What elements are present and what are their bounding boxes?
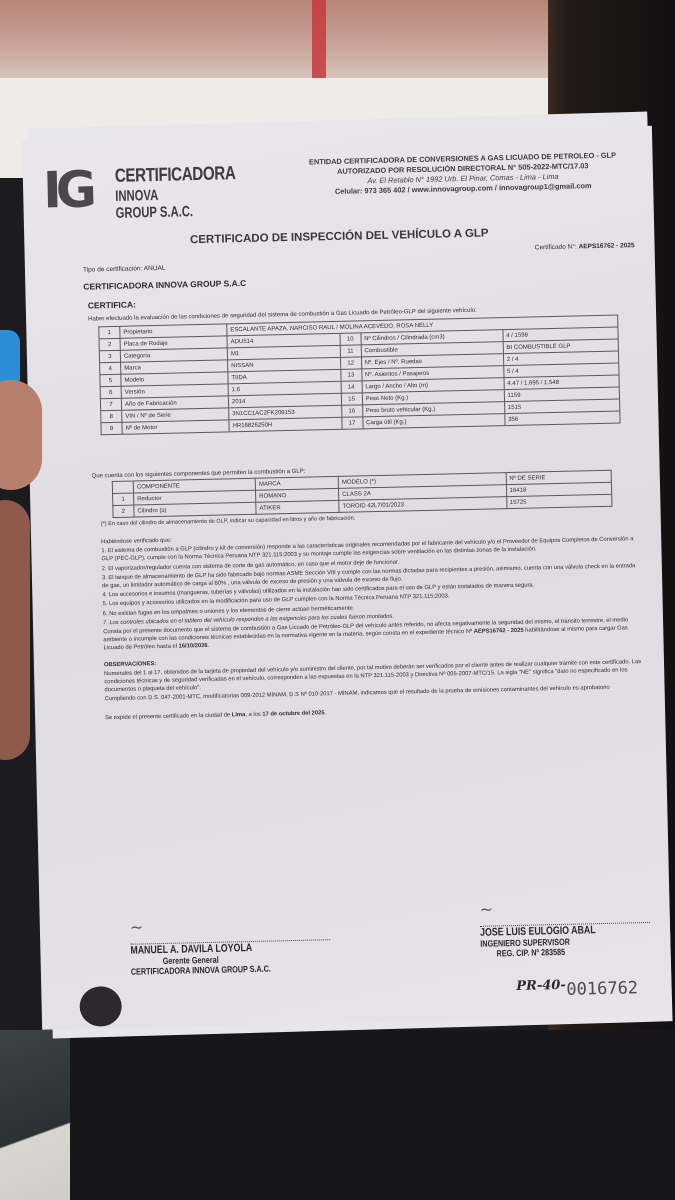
issued-text: , a los [245,711,262,717]
issued-text: Se expide el presente certificado en la … [105,712,232,721]
document-header: IG CERTIFICADORA INNOVA GROUP S.A.C. ENT… [42,146,643,230]
table-cell: TOROID 42L7/01/2023 [339,497,507,513]
certificate-document: IG CERTIFICADORA INNOVA GROUP S.A.C. ENT… [22,126,672,1030]
verification-body: Habiéndose verificado que: 1. El sistema… [101,526,645,723]
table-cell: 9 [101,422,122,434]
vehicle-table: 1 Propietario ESCALANTE APAZA, NARCISO R… [98,315,620,436]
company-logo: IG CERTIFICADORA INNOVA GROUP S.A.C. [42,155,223,219]
certificate-number-label: Certificado N°: [535,243,577,251]
table-cell: 1 [113,493,134,505]
table-cell: 7 [100,398,121,410]
statement-date: 16/10/2026 [179,643,208,650]
table-cell: 16 [341,405,362,417]
certificate-number: Certificado N°: AEPS16762 - 2025 [535,242,635,251]
table-cell: Carga útil (Kg.) [362,414,504,429]
company-name: CERTIFICADORA INNOVA GROUP S.A.C [83,278,246,292]
signature-left: ~ MANUEL A. DAVILA LOYOLA Gerente Genera… [130,913,331,977]
logo-line-2: INNOVA GROUP S.A.C. [115,186,197,222]
table-cell: 13 [340,369,361,381]
row-number: 1 [99,326,120,338]
signatory-reg: REG. CIP. Nº 283585 [480,946,616,959]
hand [0,500,30,760]
certificate-number-value: AEPS16762 - 2025 [578,242,634,250]
issued-line: Se expide el presente certificado en la … [105,702,645,722]
issued-date: 17 de octubre del 2025 [262,710,324,717]
statement-ref: AEPS16762 - 2025 [474,628,524,635]
table-cell: 15725 [506,494,612,508]
table-cell: 6 [100,386,121,398]
logo-line-1: CERTIFICADORA [115,163,236,188]
logo-mark-icon: IG [42,160,91,219]
background-pole [312,0,326,78]
certification-type: Tipo de certificación: ANUAL [83,265,166,274]
form-code: PR-40- [516,978,566,994]
header-info: ENTIDAD CERTIFICADORA DE CONVERSIONES A … [272,150,653,199]
table-cell: 11 [340,345,361,357]
thumb [0,380,42,490]
background-lap [0,1030,675,1200]
table-cell: 12 [340,357,361,369]
table-cell: 2 [113,505,134,517]
table-cell: 14 [341,381,362,393]
certifica-heading: CERTIFICA: [88,299,136,310]
table-cell: 2 [99,338,120,350]
stamp-icon [79,986,122,1027]
table-cell: Cilindro (s) [134,502,256,517]
background-seat [0,1030,70,1200]
table-cell: 3 [99,350,120,362]
table-cell: 5 [100,374,121,386]
signature-scribble-icon: ~ [130,913,331,945]
table-cell: ATIKER [256,500,339,514]
issued-city: Lima [232,712,246,718]
table-cell: 15 [341,393,362,405]
table-cell: 10 [340,333,361,345]
table-cell: Nº de Motor [122,420,229,434]
table-cell: 4 [100,362,121,374]
table-cell: 8 [101,410,122,422]
signature-right: ~ JOSE LUIS EULOGIO ABAL INGENIERO SUPER… [479,896,650,959]
table-cell: 356 [505,411,621,426]
table-cell: 17 [341,417,362,429]
serial-number: 0016762 [566,978,638,1000]
signature-scribble-icon: ~ [479,896,650,927]
column-header [112,481,133,493]
table-cell: HR16826250H [229,417,342,432]
